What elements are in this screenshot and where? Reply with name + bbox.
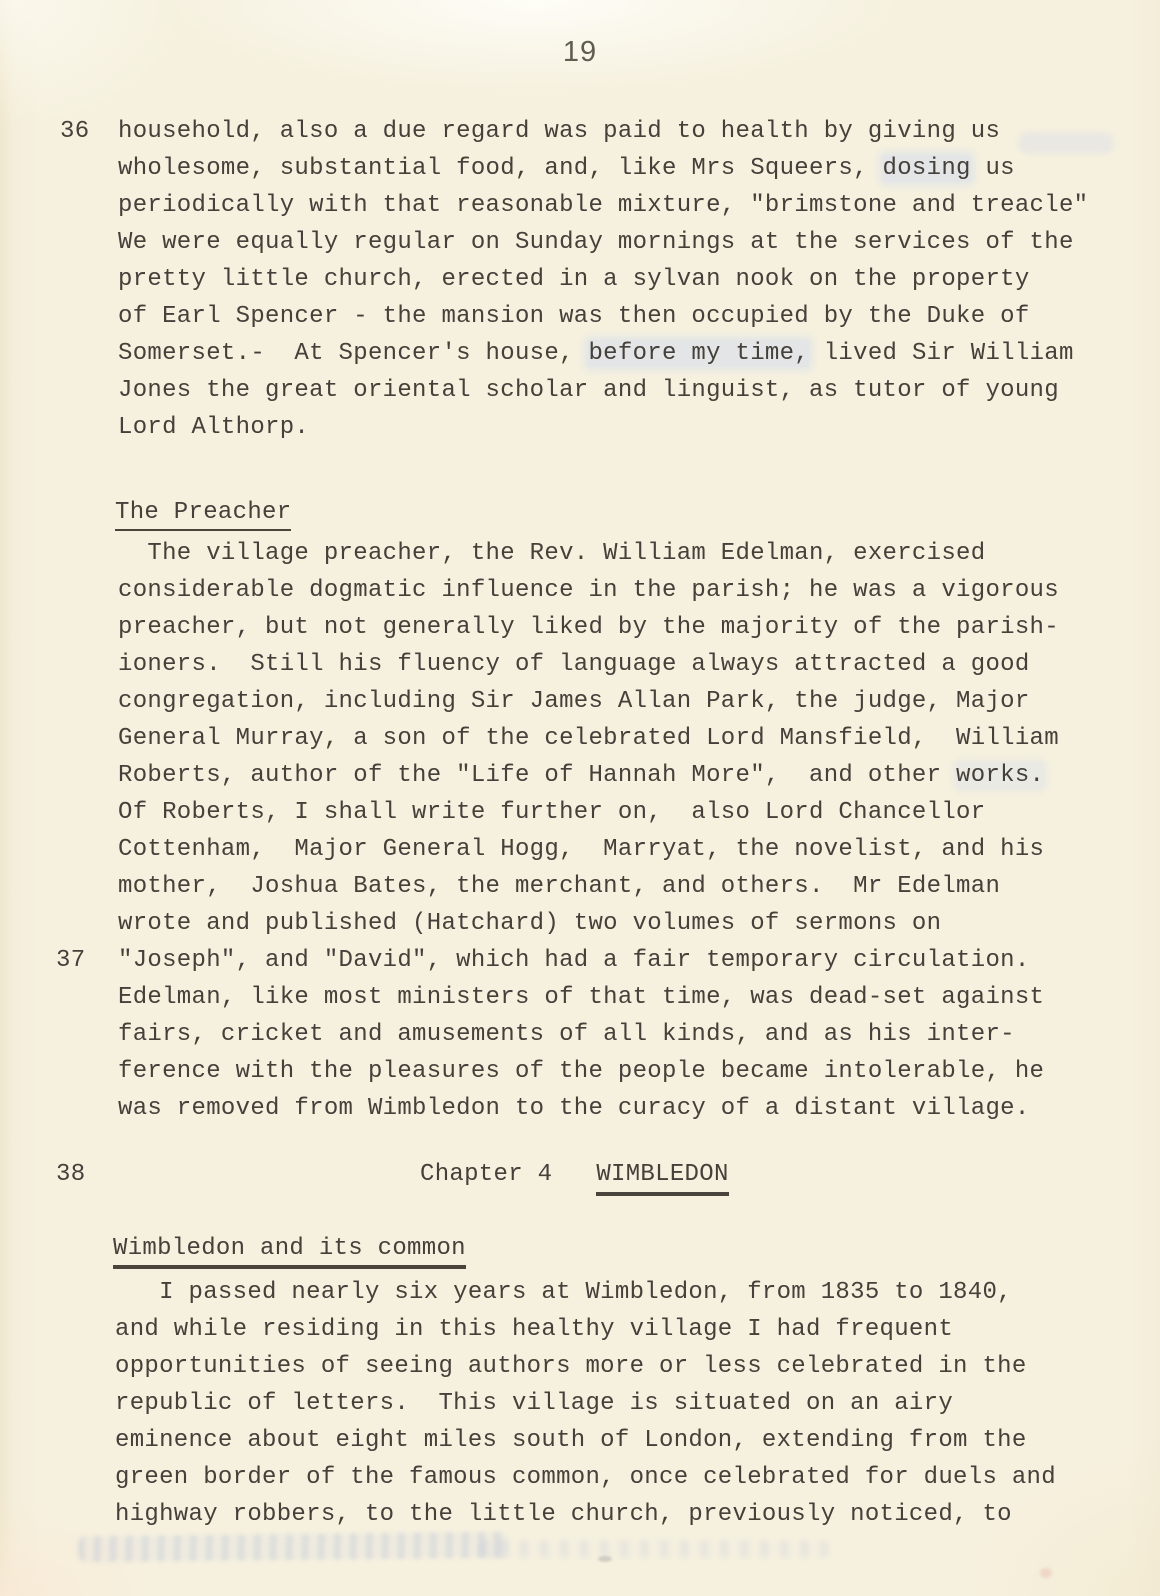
text-line: ference with the pleasures of the people…: [118, 1053, 1059, 1090]
text-line: congregation, including Sir James Allan …: [118, 683, 1059, 720]
text-line: green border of the famous common, once …: [115, 1459, 1056, 1496]
text-line: Jones the great oriental scholar and lin…: [118, 372, 1088, 409]
text-line: considerable dogmatic influence in the p…: [118, 572, 1059, 609]
text-line: Cottenham, Major General Hogg, Marryat, …: [118, 831, 1059, 868]
chapter-title: WIMBLEDON: [596, 1161, 728, 1196]
text-line: I passed nearly six years at Wimbledon, …: [115, 1274, 1056, 1311]
text-line: wrote and published (Hatchard) two volum…: [118, 905, 1059, 942]
paragraph-wimbledon: I passed nearly six years at Wimbledon, …: [115, 1274, 1056, 1533]
heading-text: Wimbledon and its common: [113, 1235, 466, 1269]
text-line: preacher, but not generally liked by the…: [118, 609, 1059, 646]
text-segment: lived Sir William: [809, 340, 1074, 367]
paragraph-household: household, also a due regard was paid to…: [118, 113, 1088, 446]
text-line: Somerset.- At Spencer's house, before my…: [118, 335, 1088, 372]
margin-number-37: 37: [56, 942, 85, 979]
text-line: mother, Joshua Bates, the merchant, and …: [118, 868, 1059, 905]
highlight-works: works.: [956, 762, 1044, 789]
page-number: 19: [0, 36, 1160, 69]
text-line: republic of letters. This village is sit…: [115, 1385, 1056, 1422]
chapter-number: Chapter 4: [420, 1161, 552, 1188]
text-line: was removed from Wimbledon to the curacy…: [118, 1090, 1059, 1127]
paragraph-preacher: The village preacher, the Rev. William E…: [118, 535, 1059, 1127]
text-line: and while residing in this healthy villa…: [115, 1311, 1056, 1348]
text-line: ioners. Still his fluency of language al…: [118, 646, 1059, 683]
text-line: The village preacher, the Rev. William E…: [118, 535, 1059, 572]
heading-text: The Preacher: [115, 499, 291, 531]
text-line: Lord Althorp.: [118, 409, 1088, 446]
text-segment: us: [971, 155, 1015, 182]
text-line: highway robbers, to the little church, p…: [115, 1496, 1056, 1533]
text-segment: Roberts, author of the "Life of Hannah M…: [118, 762, 956, 789]
text-line: Edelman, like most ministers of that tim…: [118, 979, 1059, 1016]
text-line: opportunities of seeing authors more or …: [115, 1348, 1056, 1385]
highlight-before-my-time: before my time,: [588, 340, 809, 367]
text-line: Of Roberts, I shall write further on, al…: [118, 794, 1059, 831]
text-line: of Earl Spencer - the mansion was then o…: [118, 298, 1088, 335]
text-line: wholesome, substantial food, and, like M…: [118, 150, 1088, 187]
chapter-heading: Chapter 4WIMBLEDON: [420, 1156, 729, 1193]
text-line: household, also a due regard was paid to…: [118, 113, 1088, 150]
margin-number-38: 38: [56, 1156, 85, 1193]
text-line: periodically with that reasonable mixtur…: [118, 187, 1088, 224]
text-line: "Joseph", and "David", which had a fair …: [118, 942, 1059, 979]
text-line: General Murray, a son of the celebrated …: [118, 720, 1059, 757]
highlight-dosing: dosing: [883, 155, 971, 182]
section-heading-preacher: The Preacher: [115, 494, 291, 531]
text-line: eminence about eight miles south of Lond…: [115, 1422, 1056, 1459]
text-line: pretty little church, erected in a sylva…: [118, 261, 1088, 298]
text-segment: Somerset.- At Spencer's house,: [118, 340, 588, 367]
text-segment: wholesome, substantial food, and, like M…: [118, 155, 883, 182]
margin-number-36: 36: [60, 113, 89, 150]
text-line: We were equally regular on Sunday mornin…: [118, 224, 1088, 261]
section-heading-wimbledon: Wimbledon and its common: [113, 1230, 466, 1267]
text-line: fairs, cricket and amusements of all kin…: [118, 1016, 1059, 1053]
text-line: Roberts, author of the "Life of Hannah M…: [118, 757, 1059, 794]
